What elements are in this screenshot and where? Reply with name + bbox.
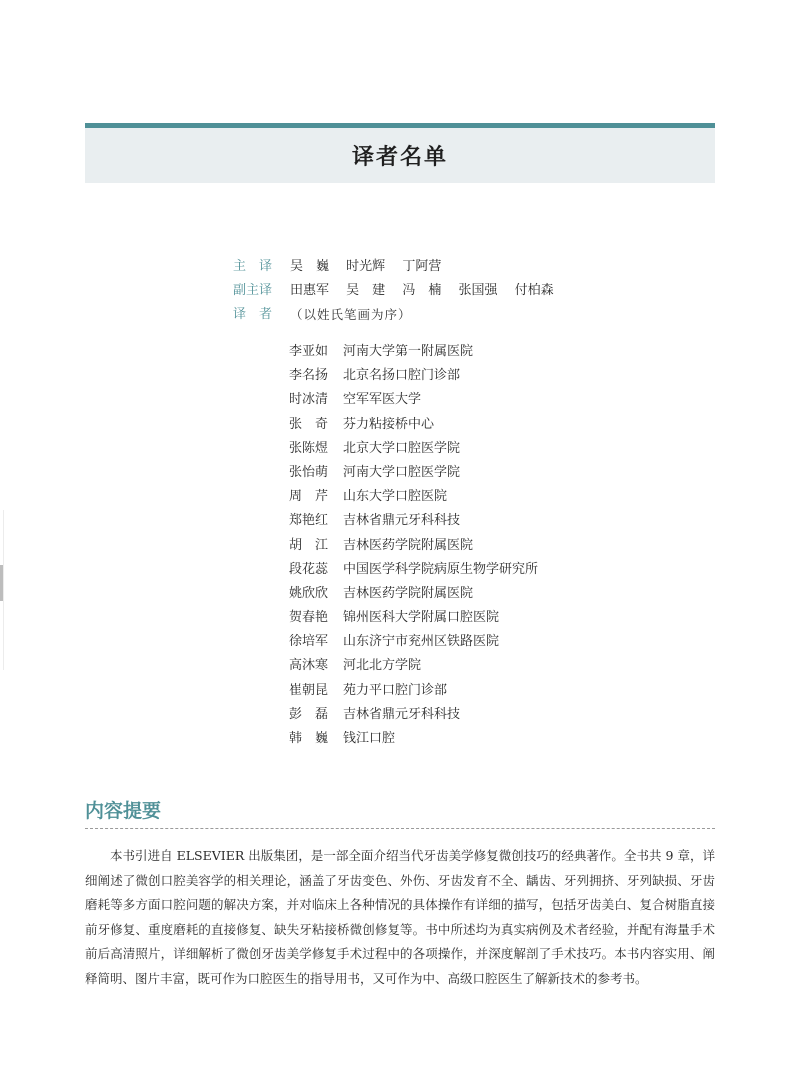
list-item: 徐培军山东济宁市兖州区铁路医院 — [289, 630, 538, 654]
member-affiliation: 吉林医药学院附属医院 — [343, 582, 473, 606]
role-label: 译 者 — [233, 303, 290, 327]
member-affiliation: 吉林医药学院附属医院 — [343, 534, 473, 558]
page-edge-mark — [0, 565, 3, 601]
translator-list: 李亚如河南大学第一附属医院 李名扬北京名扬口腔门诊部 时冰清空军军医大学 张 奇… — [289, 340, 538, 751]
list-item: 周 芹山东大学口腔医院 — [289, 485, 538, 509]
title-band: 译者名单 — [85, 123, 715, 183]
list-item: 张怡萌河南大学口腔医学院 — [289, 461, 538, 485]
title-box: 译者名单 — [85, 128, 715, 183]
member-affiliation: 吉林省鼎元牙科科技 — [343, 509, 460, 533]
names-list: 田惠军 吴 建 冯 楠 张国强 付柏森 — [290, 279, 567, 303]
person-name: 付柏森 — [515, 283, 554, 298]
list-item: 张陈煜北京大学口腔医学院 — [289, 437, 538, 461]
list-item: 胡 江吉林医药学院附属医院 — [289, 534, 538, 558]
member-affiliation: 北京大学口腔医学院 — [343, 437, 460, 461]
list-item: 高沐寒河北北方学院 — [289, 654, 538, 678]
member-name: 郑艳红 — [289, 509, 343, 533]
list-item: 姚欣欣吉林医药学院附属医院 — [289, 582, 538, 606]
member-affiliation: 锦州医科大学附属口腔医院 — [343, 606, 499, 630]
person-name: 丁阿营 — [402, 259, 441, 274]
role-label: 副主译 — [233, 279, 290, 303]
page-title: 译者名单 — [352, 140, 448, 171]
member-name: 张陈煜 — [289, 437, 343, 461]
list-item: 贺春艳锦州医科大学附属口腔医院 — [289, 606, 538, 630]
list-item: 彭 磊吉林省鼎元牙科科技 — [289, 703, 538, 727]
member-affiliation: 空军军医大学 — [343, 388, 421, 412]
member-affiliation: 河南大学第一附属医院 — [343, 340, 473, 364]
summary-heading: 内容提要 — [85, 796, 161, 823]
member-name: 段花蕊 — [289, 558, 343, 582]
list-item: 李名扬北京名扬口腔门诊部 — [289, 364, 538, 388]
member-name: 李名扬 — [289, 364, 343, 388]
person-name: 冯 楠 — [402, 283, 441, 298]
list-item: 时冰清空军军医大学 — [289, 388, 538, 412]
dashed-divider — [85, 828, 715, 829]
member-name: 时冰清 — [289, 388, 343, 412]
person-name: 吴 巍 — [290, 259, 329, 274]
member-name: 贺春艳 — [289, 606, 343, 630]
member-name: 周 芹 — [289, 485, 343, 509]
list-item: 郑艳红吉林省鼎元牙科科技 — [289, 509, 538, 533]
member-name: 崔朝昆 — [289, 679, 343, 703]
deputy-translators-row: 副主译 田惠军 吴 建 冯 楠 张国强 付柏森 — [233, 279, 567, 303]
list-item: 段花蕊中国医学科学院病原生物学研究所 — [289, 558, 538, 582]
list-item: 韩 巍钱江口腔 — [289, 727, 538, 751]
person-name: 张国强 — [458, 283, 497, 298]
person-name: 时光辉 — [346, 259, 385, 274]
credits-block: 主 译 吴 巍 时光辉 丁阿营 副主译 田惠军 吴 建 冯 楠 张国强 付柏森 … — [233, 255, 567, 327]
list-item: 张 奇芬力粘接桥中心 — [289, 413, 538, 437]
member-name: 彭 磊 — [289, 703, 343, 727]
member-affiliation: 北京名扬口腔门诊部 — [343, 364, 460, 388]
ordering-note: （以姓氏笔画为序） — [290, 303, 412, 327]
page-edge-line — [3, 510, 4, 670]
member-affiliation: 中国医学科学院病原生物学研究所 — [343, 558, 538, 582]
chief-translators-row: 主 译 吴 巍 时光辉 丁阿营 — [233, 255, 567, 279]
person-name: 田惠军 — [290, 283, 329, 298]
person-name: 吴 建 — [346, 283, 385, 298]
member-name: 徐培军 — [289, 630, 343, 654]
member-affiliation: 河北北方学院 — [343, 654, 421, 678]
member-affiliation: 钱江口腔 — [343, 727, 395, 751]
member-name: 胡 江 — [289, 534, 343, 558]
list-item: 崔朝昆苑力平口腔门诊部 — [289, 679, 538, 703]
member-affiliation: 河南大学口腔医学院 — [343, 461, 460, 485]
member-affiliation: 山东济宁市兖州区铁路医院 — [343, 630, 499, 654]
member-affiliation: 苑力平口腔门诊部 — [343, 679, 447, 703]
member-name: 高沐寒 — [289, 654, 343, 678]
member-name: 张怡萌 — [289, 461, 343, 485]
list-item: 李亚如河南大学第一附属医院 — [289, 340, 538, 364]
member-affiliation: 吉林省鼎元牙科科技 — [343, 703, 460, 727]
names-list: 吴 巍 时光辉 丁阿营 — [290, 255, 454, 279]
role-label: 主 译 — [233, 255, 290, 279]
summary-paragraph: 本书引进自 ELSEVIER 出版集团，是一部全面介绍当代牙齿美学修复微创技巧的… — [85, 844, 715, 991]
member-name: 韩 巍 — [289, 727, 343, 751]
member-name: 姚欣欣 — [289, 582, 343, 606]
member-affiliation: 山东大学口腔医院 — [343, 485, 447, 509]
translators-row: 译 者 （以姓氏笔画为序） — [233, 303, 567, 327]
member-name: 张 奇 — [289, 413, 343, 437]
member-affiliation: 芬力粘接桥中心 — [343, 413, 434, 437]
member-name: 李亚如 — [289, 340, 343, 364]
